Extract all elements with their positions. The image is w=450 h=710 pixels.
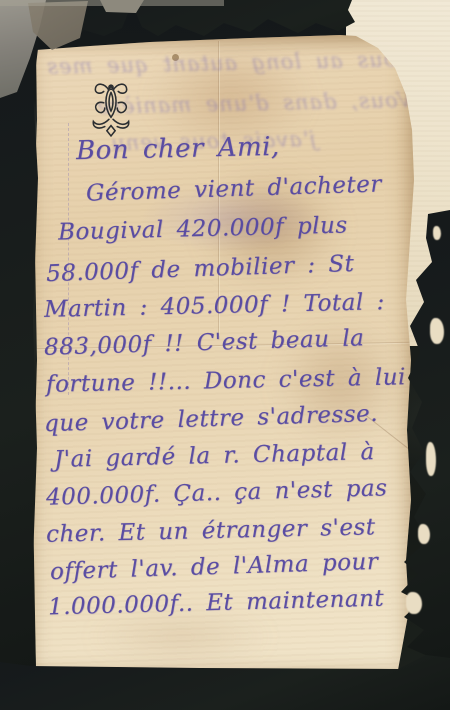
backing-fleck — [433, 226, 441, 240]
backing-fleck — [406, 592, 422, 614]
letter-line: Gérome vient d'acheter — [86, 171, 382, 206]
letter-line: 400.000f. Ça.. ça n'est pas — [46, 475, 388, 511]
verso-bleedthrough-line: Vous, dans d'une manière — [122, 88, 412, 118]
letter-photograph: tous au long autant que mes Vous, dans d… — [0, 0, 450, 710]
letter-line: J'ai gardé la r. Chaptal à — [54, 439, 375, 473]
backing-fleck — [418, 524, 430, 544]
verso-bleedthrough-line: tous au long autant que mes — [42, 47, 410, 79]
paper-stain — [88, 611, 273, 663]
letter-line: 58.000f de mobilier : St — [46, 251, 355, 287]
letter-line: 1.000.000f.. Et maintenant — [48, 586, 385, 621]
letter-paper: tous au long autant que mes Vous, dans d… — [30, 33, 418, 675]
letter-line: offert l'av. de l'Alma pour — [50, 549, 379, 585]
letter-line: Bon cher Ami, — [76, 132, 280, 166]
letter-line: cher. Et un étranger s'est — [46, 514, 376, 547]
backing-fleck — [430, 318, 444, 344]
letter-line: Martin : 405.000f ! Total : — [44, 289, 385, 323]
backing-fleck — [426, 442, 436, 476]
monogram-cipher-icon — [90, 80, 132, 138]
